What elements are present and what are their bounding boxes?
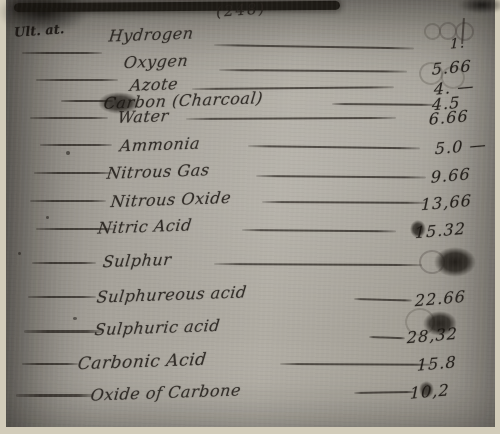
row-label: Oxygen (123, 51, 189, 72)
row-value: 22.66 (415, 287, 466, 310)
ink-circle (455, 22, 474, 41)
ink-smudge (419, 381, 434, 398)
margin-note: Ult. at. (14, 22, 65, 40)
row-label: Water (117, 106, 170, 127)
paper-speck (46, 216, 49, 219)
left-dash (30, 200, 106, 202)
hand-drawn-rule (280, 363, 432, 366)
dark-stain-right (458, 0, 500, 14)
left-dash (40, 144, 112, 146)
left-dash (28, 296, 96, 298)
page-number: (248) (215, 0, 266, 21)
row-value: 6.66 (429, 106, 469, 128)
row-label: Nitrous Gas (106, 160, 211, 183)
hand-drawn-rule (248, 145, 420, 149)
hand-drawn-rule (214, 263, 422, 266)
paper-speck (66, 151, 70, 155)
hand-drawn-rule (214, 44, 414, 49)
left-dash (24, 330, 102, 333)
row-label: Carbonic Acid (77, 350, 208, 374)
row-label: Nitric Acid (97, 215, 193, 237)
hand-drawn-rule (219, 69, 407, 73)
row-value: 13,66 (421, 191, 472, 214)
hand-drawn-rule (242, 229, 396, 232)
row-label: Sulphuric acid (94, 316, 221, 339)
row-label: Sulphureous acid (96, 282, 248, 306)
left-dash (34, 172, 112, 174)
left-dash (16, 394, 94, 397)
dark-stain-band (14, 1, 340, 12)
row-label: Nitrous Oxide (110, 188, 232, 211)
left-dash (36, 79, 118, 81)
photo-frame: (248) Ult. at. Hydrogen 1. Oxygen 5.66 A… (0, 0, 500, 434)
hand-drawn-rule (186, 117, 396, 120)
ink-blot (410, 220, 426, 238)
ink-blot (423, 311, 457, 336)
ink-blot (434, 247, 476, 277)
row-label: Sulphur (102, 250, 173, 271)
left-dash (22, 52, 102, 54)
paper-speck (18, 252, 21, 255)
hand-drawn-rule (332, 103, 434, 106)
left-dash (22, 363, 78, 365)
hand-drawn-rule (354, 391, 414, 394)
row-value: 15.8 (417, 352, 457, 374)
hand-drawn-rule (369, 336, 405, 339)
row-label: Hydrogen (108, 24, 195, 46)
row-value: 9.66 (431, 164, 471, 186)
left-dash (32, 262, 96, 264)
hand-drawn-rule (354, 298, 412, 302)
hand-drawn-rule (256, 175, 426, 178)
left-dash (30, 117, 108, 119)
paper-speck (73, 317, 77, 320)
row-value: 5.0 — (435, 135, 487, 158)
hand-drawn-rule (262, 201, 426, 204)
row-label: Oxide of Carbone (90, 380, 242, 404)
row-label: Ammonia (119, 134, 201, 156)
manuscript-photo: (248) Ult. at. Hydrogen 1. Oxygen 5.66 A… (6, 0, 495, 427)
